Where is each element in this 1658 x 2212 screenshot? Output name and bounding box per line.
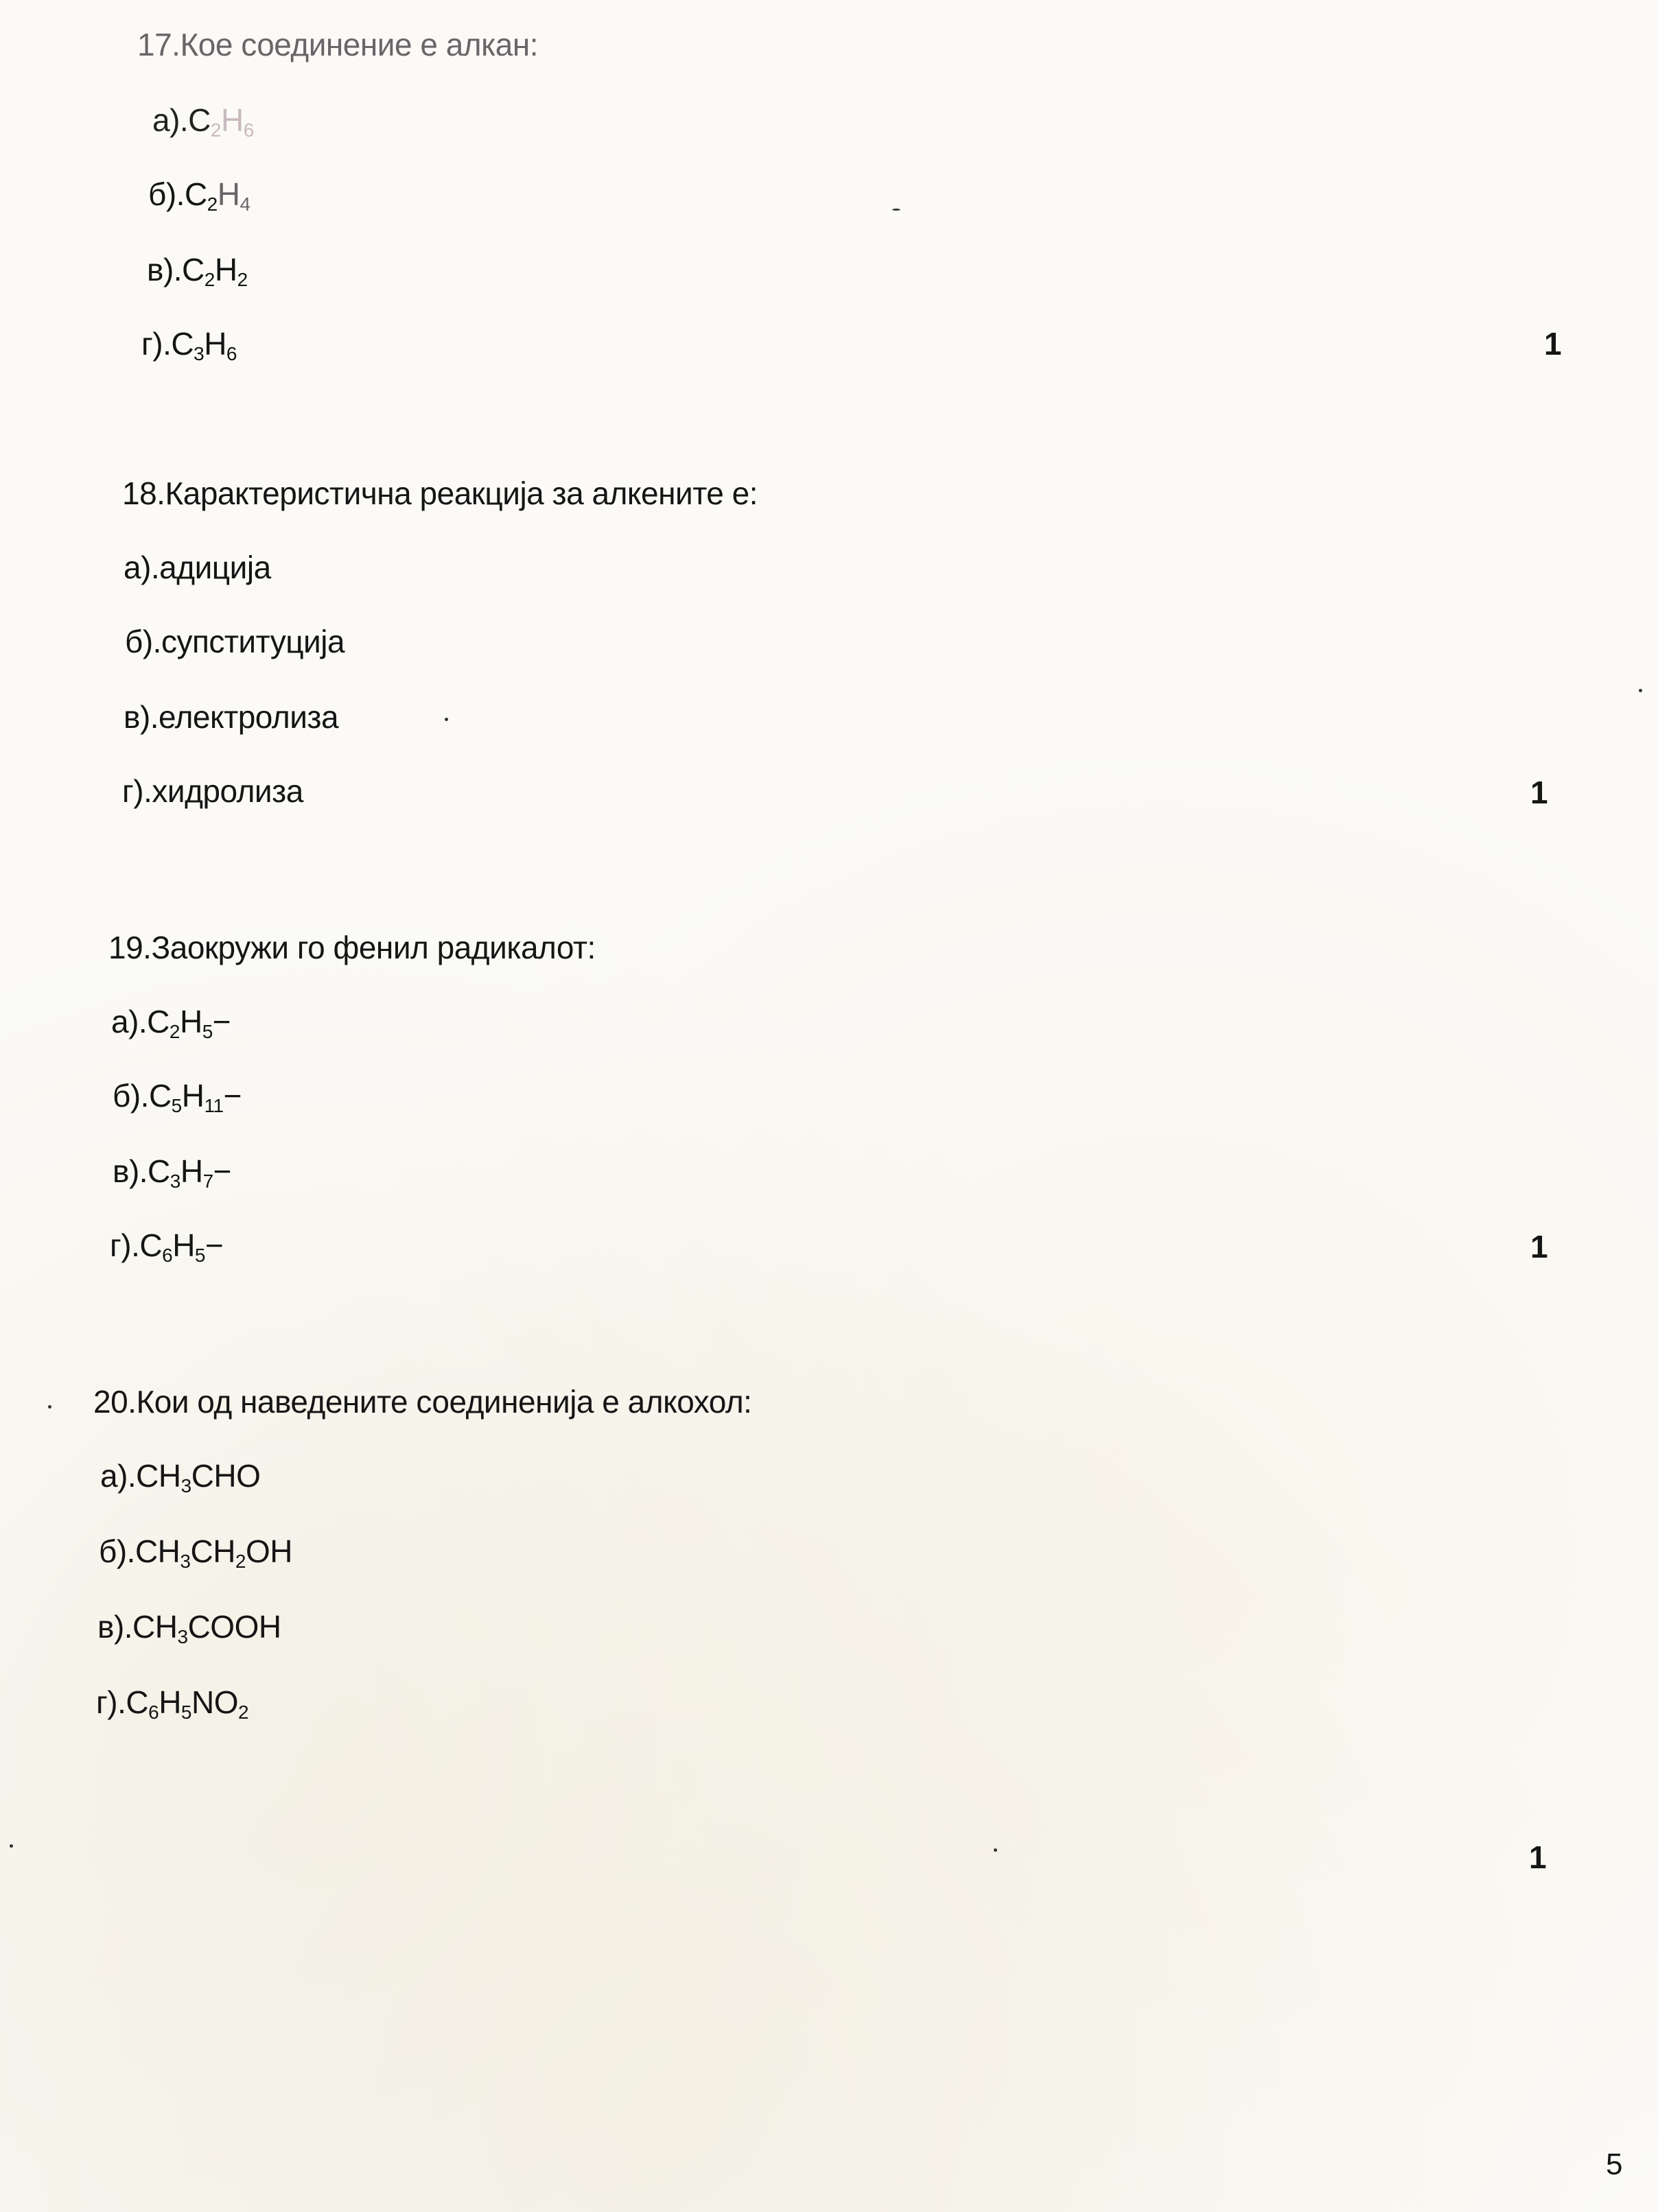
option-text: H — [182, 1078, 205, 1114]
option-text: а).C — [111, 1004, 170, 1039]
question-title: 20.Кои од наведените соединенија е алкох… — [93, 1383, 751, 1420]
option-c[interactable]: в).CH3COOH — [97, 1608, 281, 1648]
option-text: а).C — [152, 102, 211, 138]
option-text: H — [172, 1227, 195, 1263]
option-text: б).CH — [99, 1533, 180, 1569]
option-text: − — [213, 1004, 231, 1039]
option-text: H — [180, 1004, 202, 1039]
points-value: 1 — [1530, 774, 1548, 811]
points-value: 1 — [1530, 1228, 1548, 1265]
option-a[interactable]: а).C2H5− — [111, 1003, 231, 1043]
question-title: 19.Заокружи го фенил радикалот: — [108, 929, 596, 966]
subscript: 2 — [205, 269, 215, 290]
option-text: − — [205, 1227, 223, 1263]
scan-speck — [892, 209, 900, 211]
option-b[interactable]: б).C2H4 — [148, 176, 250, 215]
option-text: H — [221, 102, 244, 138]
option-text: в).C — [147, 252, 205, 287]
option-c[interactable]: в).електролиза — [124, 698, 338, 736]
option-d[interactable]: г).хидролиза — [122, 773, 303, 810]
question-title: 18.Карактеристична реакција за алкените … — [122, 475, 758, 512]
subscript: 3 — [170, 1170, 180, 1192]
subscript: 4 — [240, 193, 250, 215]
option-a[interactable]: а).CH3CHO — [100, 1457, 260, 1497]
paper-background — [0, 0, 1658, 2212]
option-text: COOH — [188, 1609, 281, 1645]
subscript: 6 — [148, 1702, 159, 1723]
option-text: б).C — [113, 1078, 172, 1114]
subscript: 3 — [177, 1626, 187, 1647]
option-d[interactable]: г).C3H6 — [141, 325, 237, 365]
option-b[interactable]: б).CH3CH2OH — [99, 1533, 292, 1573]
option-text: а).CH — [100, 1458, 181, 1494]
option-c[interactable]: в).C3H7− — [113, 1153, 231, 1192]
subscript: 5 — [181, 1702, 191, 1723]
subscript: 11 — [204, 1095, 223, 1116]
option-text: OH — [246, 1533, 292, 1569]
scan-speck — [445, 718, 448, 721]
question-title: 17.Кое соединение е алкан: — [137, 26, 538, 63]
option-d[interactable]: г).C6H5− — [110, 1227, 223, 1267]
subscript: 5 — [195, 1245, 205, 1266]
subscript: 6 — [226, 343, 237, 364]
option-c[interactable]: в).C2H2 — [147, 251, 248, 291]
subscript: 6 — [244, 119, 254, 141]
subscript: 6 — [162, 1245, 172, 1266]
points-value: 1 — [1529, 1839, 1547, 1876]
scan-speck — [48, 1405, 51, 1409]
subscript: 7 — [203, 1170, 213, 1192]
subscript: 2 — [237, 269, 248, 290]
option-text: г).C — [110, 1227, 162, 1263]
option-b[interactable]: б).C5H11− — [113, 1077, 242, 1117]
subscript: 2 — [207, 193, 218, 215]
page-number: 5 — [1606, 2148, 1622, 2182]
subscript: 3 — [181, 1475, 191, 1496]
option-text: г).C — [96, 1684, 148, 1720]
subscript: 2 — [211, 119, 221, 141]
subscript: 2 — [235, 1551, 246, 1572]
option-d[interactable]: г).C6H5NO2 — [96, 1684, 248, 1723]
option-text: H — [218, 176, 240, 212]
scan-speck — [1639, 689, 1642, 692]
option-text: г).C — [141, 326, 194, 362]
subscript: 2 — [170, 1021, 180, 1042]
option-text: NO — [191, 1684, 238, 1720]
option-text: в).C — [113, 1153, 170, 1189]
option-a[interactable]: а).адиција — [124, 549, 271, 586]
subscript: 2 — [238, 1702, 248, 1723]
option-text: − — [213, 1153, 231, 1189]
option-text: H — [159, 1684, 181, 1720]
subscript: 5 — [172, 1095, 182, 1116]
option-text: в).CH — [97, 1609, 177, 1645]
option-text: H — [215, 252, 237, 287]
subscript: 3 — [180, 1551, 190, 1572]
option-text: H — [180, 1153, 203, 1189]
subscript: 5 — [202, 1021, 213, 1042]
option-text: − — [224, 1078, 242, 1114]
option-text: H — [204, 326, 226, 362]
scan-speck — [10, 1844, 13, 1848]
option-text: б).C — [148, 176, 207, 212]
option-text: CHO — [191, 1458, 261, 1494]
option-a[interactable]: а).C2H6 — [152, 102, 254, 141]
points-value: 1 — [1544, 325, 1562, 362]
scan-speck — [994, 1848, 997, 1852]
option-text: CH — [190, 1533, 235, 1569]
subscript: 3 — [194, 343, 204, 364]
option-b[interactable]: б).супституција — [125, 623, 345, 660]
